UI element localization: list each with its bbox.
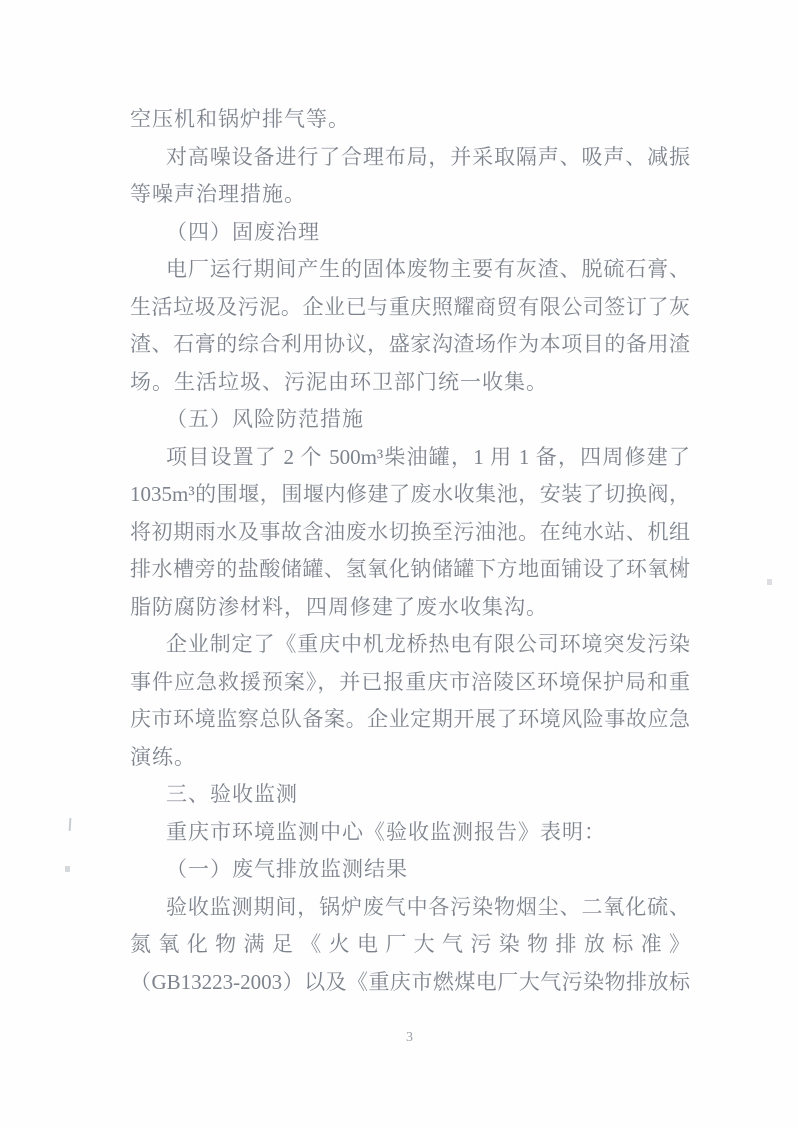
scanned-document-page: 空压机和锅炉排气等。 对高噪设备进行了合理布局，并采取隔声、吸声、减振 等噪声治…: [0, 0, 798, 1127]
text-line: 演练。: [130, 739, 690, 777]
text-line: 电厂运行期间产生的固体废物主要有灰渣、脱硫石膏、: [130, 251, 690, 289]
text-line: 生活垃圾及污泥。企业已与重庆照耀商贸有限公司签订了灰: [130, 289, 690, 327]
text-line: 脂防腐防渗材料，四周修建了废水收集沟。: [130, 589, 690, 627]
text-line: （GB13223-2003）以及《重庆市燃煤电厂大气污染物排放标: [130, 964, 690, 1002]
heading-section-3-acceptance-monitoring: 三、验收监测: [130, 776, 690, 814]
page-number: 3: [130, 1030, 690, 1046]
text-line: 将初期雨水及事故含油废水切换至污油池。在纯水站、机组: [130, 514, 690, 552]
text-line: 对高噪设备进行了合理布局，并采取隔声、吸声、减振: [130, 139, 690, 177]
heading-section-5-risk-prevention: （五）风险防范措施: [130, 401, 690, 439]
text-line: 项目设置了 2 个 500m³柴油罐，1 用 1 备，四周修建了: [130, 439, 690, 477]
text-line: 验收监测期间，锅炉废气中各污染物烟尘、二氧化硫、: [130, 889, 690, 927]
text-line: 1035m³的围堰，围堰内修建了废水收集池，安装了切换阀，: [130, 476, 690, 514]
scan-artifact: [69, 818, 72, 831]
scan-artifact: [767, 579, 772, 585]
text-line: 事件应急救援预案》，并已报重庆市涪陵区环境保护局和重: [130, 664, 690, 702]
document-text-block: 空压机和锅炉排气等。 对高噪设备进行了合理布局，并采取隔声、吸声、减振 等噪声治…: [130, 101, 690, 1001]
text-line: 重庆市环境监测中心《验收监测报告》表明：: [130, 814, 690, 852]
text-line: 场。生活垃圾、污泥由环卫部门统一收集。: [130, 364, 690, 402]
heading-subsection-1-gas-emission-results: （一）废气排放监测结果: [130, 851, 690, 889]
text-line: 氮氧化物满足《火电厂大气污染物排放标准》: [130, 926, 690, 964]
text-line: 空压机和锅炉排气等。: [130, 101, 690, 139]
text-line: 排水槽旁的盐酸储罐、氢氧化钠储罐下方地面铺设了环氧树: [130, 551, 690, 589]
heading-section-4-solid-waste: （四）固废治理: [130, 214, 690, 252]
text-line: 企业制定了《重庆中机龙桥热电有限公司环境突发污染: [130, 626, 690, 664]
text-line: 庆市环境监察总队备案。企业定期开展了环境风险事故应急: [130, 701, 690, 739]
scan-artifact: [65, 866, 70, 872]
text-line: 渣、石膏的综合利用协议，盛家沟渣场作为本项目的备用渣: [130, 326, 690, 364]
text-line: 等噪声治理措施。: [130, 176, 690, 214]
